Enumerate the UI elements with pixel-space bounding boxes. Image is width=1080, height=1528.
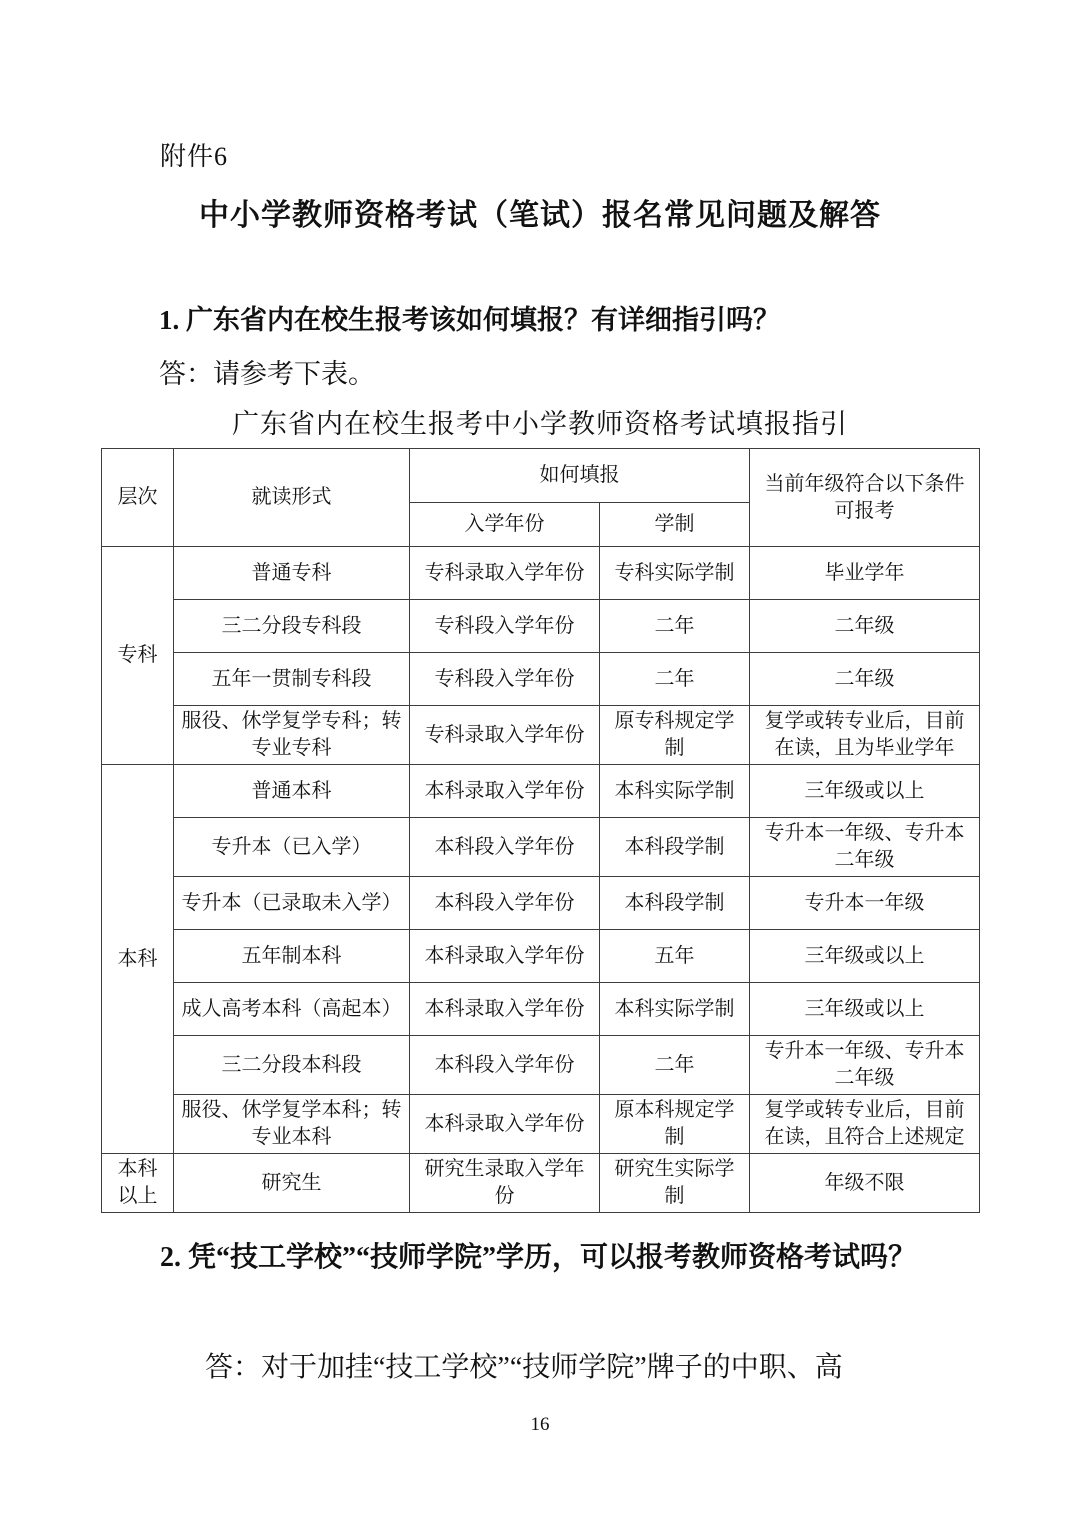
table-row: 专升本（已入学） 本科段入学年份 本科段学制 专升本一年级、专升本二年级 [102,818,980,877]
length-cell: 专科实际学制 [600,547,750,600]
eligible-cell: 年级不限 [750,1154,980,1213]
form-cell: 普通本科 [174,765,410,818]
length-cell: 研究生实际学制 [600,1154,750,1213]
level-cell: 专科 [102,547,174,765]
year-cell: 本科录取入学年份 [410,765,600,818]
length-cell: 原本科规定学制 [600,1095,750,1154]
table-row: 本科以上 研究生 研究生录取入学年份 研究生实际学制 年级不限 [102,1154,980,1213]
form-cell: 专升本（已入学） [174,818,410,877]
year-cell: 本科录取入学年份 [410,983,600,1036]
length-cell: 原专科规定学制 [600,706,750,765]
year-cell: 本科段入学年份 [410,1036,600,1095]
table-caption: 广东省内在校生报考中小学教师资格考试填报指引 [0,402,1080,441]
length-cell: 本科实际学制 [600,983,750,1036]
eligible-cell: 三年级或以上 [750,930,980,983]
year-cell: 研究生录取入学年份 [410,1154,600,1213]
attachment-label: 附件6 [160,136,228,173]
header-how-to-fill: 如何填报 [410,449,750,503]
table-row: 三二分段本科段 本科段入学年份 二年 专升本一年级、专升本二年级 [102,1036,980,1095]
form-cell: 五年制本科 [174,930,410,983]
length-cell: 本科段学制 [600,877,750,930]
header-study-form: 就读形式 [174,449,410,547]
eligible-cell: 三年级或以上 [750,765,980,818]
form-cell: 三二分段本科段 [174,1036,410,1095]
header-level: 层次 [102,449,174,547]
table-row: 五年一贯制专科段 专科段入学年份 二年 二年级 [102,653,980,706]
year-cell: 专科段入学年份 [410,653,600,706]
eligible-cell: 专升本一年级、专升本二年级 [750,1036,980,1095]
eligible-cell: 二年级 [750,600,980,653]
table-header-row-1: 层次 就读形式 如何填报 当前年级符合以下条件可报考 [102,449,980,503]
year-cell: 本科录取入学年份 [410,1095,600,1154]
eligible-cell: 二年级 [750,653,980,706]
page-number: 16 [0,1414,1080,1436]
form-cell: 研究生 [174,1154,410,1213]
year-cell: 本科录取入学年份 [410,930,600,983]
length-cell: 二年 [600,1036,750,1095]
eligible-cell: 三年级或以上 [750,983,980,1036]
form-cell: 三二分段专科段 [174,600,410,653]
header-enroll-year: 入学年份 [410,503,600,547]
form-cell: 普通专科 [174,547,410,600]
year-cell: 专科段入学年份 [410,600,600,653]
header-eligibility: 当前年级符合以下条件可报考 [750,449,980,547]
answer-1: 答：请参考下表。 [159,352,999,391]
year-cell: 本科段入学年份 [410,818,600,877]
length-cell: 二年 [600,600,750,653]
document-page: 附件6 中小学教师资格考试（笔试）报名常见问题及解答 1. 广东省内在校生报考该… [0,0,1080,1528]
table-row: 三二分段专科段 专科段入学年份 二年 二年级 [102,600,980,653]
eligible-cell: 专升本一年级 [750,877,980,930]
answer-2: 答：对于加挂“技工学校”“技师学院”牌子的中职、高 [103,1332,987,1404]
length-cell: 本科实际学制 [600,765,750,818]
form-cell: 服役、休学复学本科；转专业本科 [174,1095,410,1154]
level-cell: 本科 [102,765,174,1154]
table-row: 本科 普通本科 本科录取入学年份 本科实际学制 三年级或以上 [102,765,980,818]
document-title: 中小学教师资格考试（笔试）报名常见问题及解答 [0,190,1080,234]
form-cell: 五年一贯制专科段 [174,653,410,706]
length-cell: 五年 [600,930,750,983]
table-row: 服役、休学复学专科；转专业专科 专科录取入学年份 原专科规定学制 复学或转专业后… [102,706,980,765]
question-1: 1. 广东省内在校生报考该如何填报？有详细指引吗？ [159,298,999,337]
year-cell: 本科段入学年份 [410,877,600,930]
registration-guide-table: 层次 就读形式 如何填报 当前年级符合以下条件可报考 入学年份 学制 专科 普通… [101,448,980,1213]
eligible-cell: 复学或转专业后，目前在读，且符合上述规定 [750,1095,980,1154]
question-2: 2. 凭“技工学校”“技师学院”学历，可以报考教师资格考试吗？ [103,1222,959,1294]
table-row: 成人高考本科（高起本） 本科录取入学年份 本科实际学制 三年级或以上 [102,983,980,1036]
form-cell: 服役、休学复学专科；转专业专科 [174,706,410,765]
eligible-cell: 毕业学年 [750,547,980,600]
table-row: 专科 普通专科 专科录取入学年份 专科实际学制 毕业学年 [102,547,980,600]
length-cell: 二年 [600,653,750,706]
table-row: 专升本（已录取未入学） 本科段入学年份 本科段学制 专升本一年级 [102,877,980,930]
table-row: 服役、休学复学本科；转专业本科 本科录取入学年份 原本科规定学制 复学或转专业后… [102,1095,980,1154]
eligible-cell: 复学或转专业后，目前在读，且为毕业学年 [750,706,980,765]
year-cell: 专科录取入学年份 [410,706,600,765]
form-cell: 成人高考本科（高起本） [174,983,410,1036]
level-cell: 本科以上 [102,1154,174,1213]
year-cell: 专科录取入学年份 [410,547,600,600]
length-cell: 本科段学制 [600,818,750,877]
form-cell: 专升本（已录取未入学） [174,877,410,930]
header-schooling-length: 学制 [600,503,750,547]
eligible-cell: 专升本一年级、专升本二年级 [750,818,980,877]
table-row: 五年制本科 本科录取入学年份 五年 三年级或以上 [102,930,980,983]
